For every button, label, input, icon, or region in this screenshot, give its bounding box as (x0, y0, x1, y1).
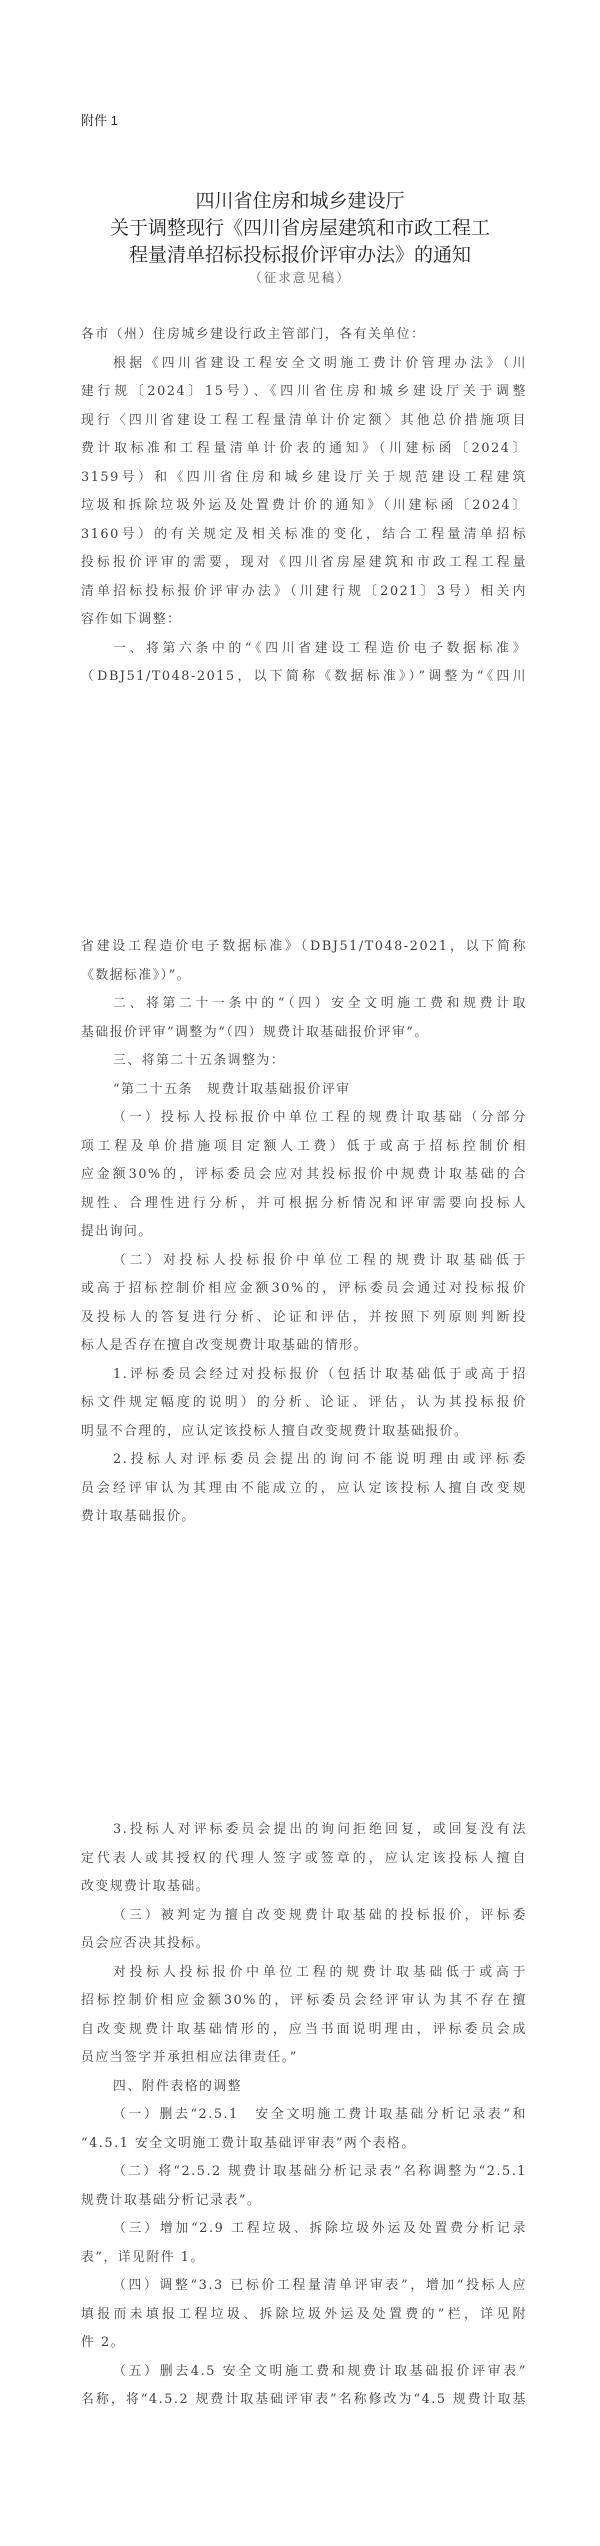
body-line: 各市（州）住房城乡建设行政主管部门，各有关单位： (81, 325, 527, 345)
body-line: 容作如下调整： (81, 610, 527, 630)
body-line: 费计取基础报价。 (81, 1507, 527, 1527)
body-line: 对投标人投标报价中单位工程的规费计取基础低于或高于 (113, 1963, 527, 1983)
title-line-2: 关于调整现行《四川省房屋建筑和市政工程工 (0, 215, 600, 242)
body-line: 规费计取基础分析记录表”。 (81, 2191, 527, 2211)
body-line: （五）删去4.5 安全文明施工费和规费计取基础报价评审表” (113, 2362, 527, 2382)
body-line: 填报而未填报工程垃圾、拆除垃圾外运及处置费的”栏，详见附 (81, 2305, 527, 2325)
body-line: 明显不合理的，应认定该投标人擅自改变规费计取基础报价。 (81, 1422, 527, 1442)
body-line: 表”，详见附件 1。 (81, 2248, 527, 2268)
body-line: 三、将第二十五条调整为： (113, 1051, 527, 1071)
title-line-1: 四川省住房和城乡建设厅 (0, 188, 600, 215)
body-line: （三）增加“2.9 工程垃圾、拆除垃圾外运及处置费分析记录 (113, 2219, 527, 2239)
body-line: “第二十五条 规费计取基础报价评审 (113, 1080, 527, 1100)
title-line-3: 程量清单招标投标报价评审办法》的通知 (0, 242, 600, 269)
body-line: 标人是否存在擅自改变规费计取基础的情形。 (81, 1336, 527, 1356)
body-line: （一）删去“2.5.1 安全文明施工费计取基础分析记录表”和 (113, 2105, 527, 2125)
body-line: 员会应否决其投标。 (81, 1934, 527, 1954)
body-line: 费计取标准和工程量清单计价表的通知》（川建标函〔2024〕 (81, 439, 527, 459)
body-line: 建行规〔2024〕15号）、《四川省住房和城乡建设厅关于调整 (81, 382, 527, 402)
body-line: 清单招标投标报价评审办法》（川建行规〔2021〕3号）相关内 (81, 582, 527, 602)
body-line: 标文件规定幅度的说明）的分析、论证、评估，认为其投标报价 (81, 1393, 527, 1413)
body-line: 投标报价评审的需要，现对《四川省房屋建筑和市政工程工程量 (81, 553, 527, 573)
body-line: 项工程及单价措施项目定额人工费）低于或高于招标控制价相 (81, 1137, 527, 1157)
body-line: 四、附件表格的调整 (113, 2077, 527, 2097)
body-line: 基础报价评审”调整为“（四）规费计取基础报价评审”。 (81, 1023, 527, 1043)
body-line: 改变规费计取基础。 (81, 1877, 527, 1897)
body-line: 根据《四川省建设工程安全文明施工费计价管理办法》（川 (113, 354, 527, 374)
body-line: 《数据标准》）”。 (81, 966, 527, 986)
body-line: （DBJ51/T048-2015，以下简称《数据标准》）”调整为“《四川 (81, 667, 527, 687)
attachment-label: 附件 1 (81, 110, 118, 129)
body-line: 招标控制价相应金额30%的，评标委员会经评审认为其不存在擅 (81, 1991, 527, 2011)
body-line: 定代表人或其授权的代理人签字或签章的，应认定该投标人擅自 (81, 1849, 527, 1869)
body-line: （二）将“2.5.2 规费计取基础分析记录表”名称调整为“2.5.1 (113, 2162, 527, 2182)
body-line: 3159号）和《四川省住房和城乡建设厅关于规范建设工程建筑 (81, 468, 527, 488)
body-line: 或高于招标控制价相应金额30%的，评标委员会通过对投标报价 (81, 1279, 527, 1299)
body-line: 省建设工程造价电子数据标准》（DBJ51/T048-2021，以下简称 (81, 937, 527, 957)
body-line: 名称，将“4.5.2 规费计取基础评审表”名称修改为“4.5 规费计取基 (81, 2390, 527, 2410)
body-line: 规性、合理性进行分析，并可根据分析情况和评审需要向投标人 (81, 1194, 527, 1214)
body-line: “4.5.1 安全文明施工费计取基础评审表”两个表格。 (81, 2134, 527, 2154)
body-line: 件 2。 (81, 2333, 527, 2353)
body-line: （二）对投标人投标报价中单位工程的规费计取基础低于 (113, 1251, 527, 1271)
body-line: 现行〈四川省建设工程工程量清单计价定额〉其他总价措施项目 (81, 411, 527, 431)
body-line: 自改变规费计取基础情形的，应当书面说明理由，评标委员会成 (81, 2020, 527, 2040)
document-subtitle: （征求意见稿） (0, 268, 600, 286)
body-line: 3.投标人对评标委员会提出的询问拒绝回复，或回复没有法 (113, 1820, 527, 1840)
body-line: 3160号）的有关规定及相关标准的变化，结合工程量清单招标 (81, 525, 527, 545)
body-line: 一、将第六条中的“《四川省建设工程造价电子数据标准》 (113, 639, 527, 659)
body-line: 员会经评审认为其理由不能成立的，应认定该投标人擅自改变规 (81, 1479, 527, 1499)
body-line: 2.投标人对评标委员会提出的询问不能说明理由或评标委 (113, 1450, 527, 1470)
body-line: 员应当签字并承担相应法律责任。” (81, 2048, 527, 2068)
body-line: 二、将第二十一条中的“（四）安全文明施工费和规费计取 (113, 994, 527, 1014)
body-line: （三）被判定为擅自改变规费计取基础的投标报价，评标委 (113, 1906, 527, 1926)
body-line: 及投标人的答复进行分析、论证和评估，并按照下列原则判断投 (81, 1308, 527, 1328)
body-line: （一）投标人投标报价中单位工程的规费计取基础（分部分 (113, 1108, 527, 1128)
body-line: 应金额30%的，评标委员会应对其投标报价中规费计取基础的合 (81, 1165, 527, 1185)
body-line: （四）调整“3.3 已标价工程量清单评审表”，增加“投标人应 (113, 2276, 527, 2296)
body-line: 提出询问。 (81, 1222, 527, 1242)
body-line: 1.评标委员会经过对投标报价（包括计取基础低于或高于招 (113, 1365, 527, 1385)
body-line: 垃圾和拆除垃圾外运及处置费计价的通知》（川建标函〔2024〕 (81, 496, 527, 516)
